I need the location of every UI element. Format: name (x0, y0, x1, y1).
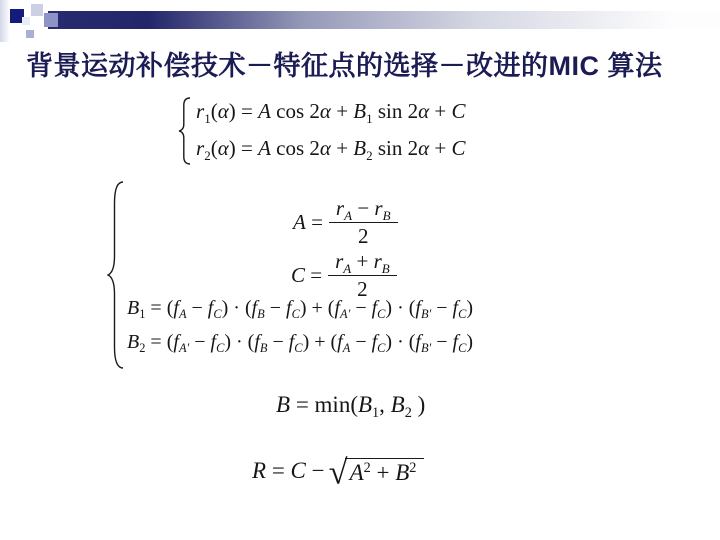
equation-r2: r2(α) = A cos 2α + B2 sin 2α + C (196, 131, 466, 168)
equation-r1: r1(α) = A cos 2α + B1 sin 2α + C (196, 94, 466, 131)
decor-square (44, 13, 58, 27)
formula-def-A: A =rA − rB2 (293, 196, 398, 249)
big-left-brace-icon (107, 181, 124, 369)
decor-square (26, 30, 34, 38)
formula-r-system: r1(α) = A cos 2α + B1 sin 2α + Cr2(α) = … (178, 94, 466, 168)
def-A-fraction: rA − rB2 (329, 196, 398, 249)
formula-B-min: B = min(B1, B2 ) (276, 392, 425, 418)
def-A-lhs: A = (293, 210, 323, 235)
def-C-numerator: rA + rB (328, 249, 397, 276)
radical-sign-icon: √ (329, 457, 348, 488)
decor-square (22, 17, 30, 25)
def-C-fraction: rA + rB2 (328, 249, 397, 302)
R-lhs: R = C − (252, 458, 325, 484)
formula-B1: B1 = (fA − fC) · (fB − fC) + (fA′ − fC) … (127, 297, 473, 320)
decor-squares (0, 0, 80, 50)
formula-R: R = C − √A2 + B2 (252, 458, 424, 489)
def-A-numerator: rA − rB (329, 196, 398, 223)
def-C-lhs: C = (291, 263, 322, 288)
square-root: √A2 + B2 (329, 458, 425, 489)
decor-square (31, 4, 43, 16)
presentation-slide: 背景运动补偿技术－特征点的选择－改进的MIC 算法 r1(α) = A cos … (0, 0, 720, 540)
slide-title: 背景运动补偿技术－特征点的选择－改进的MIC 算法 (26, 44, 706, 83)
header-bar (48, 11, 720, 29)
def-A-denominator: 2 (329, 223, 398, 249)
equation-lines: r1(α) = A cos 2α + B1 sin 2α + Cr2(α) = … (196, 94, 466, 168)
R-radicand: A2 + B2 (345, 458, 425, 486)
formula-B2: B2 = (fA′ − fC) · (fB − fC) + (fA − fC) … (127, 331, 473, 354)
formula-def-C: C =rA + rB2 (291, 249, 397, 302)
left-brace-icon (178, 97, 191, 165)
